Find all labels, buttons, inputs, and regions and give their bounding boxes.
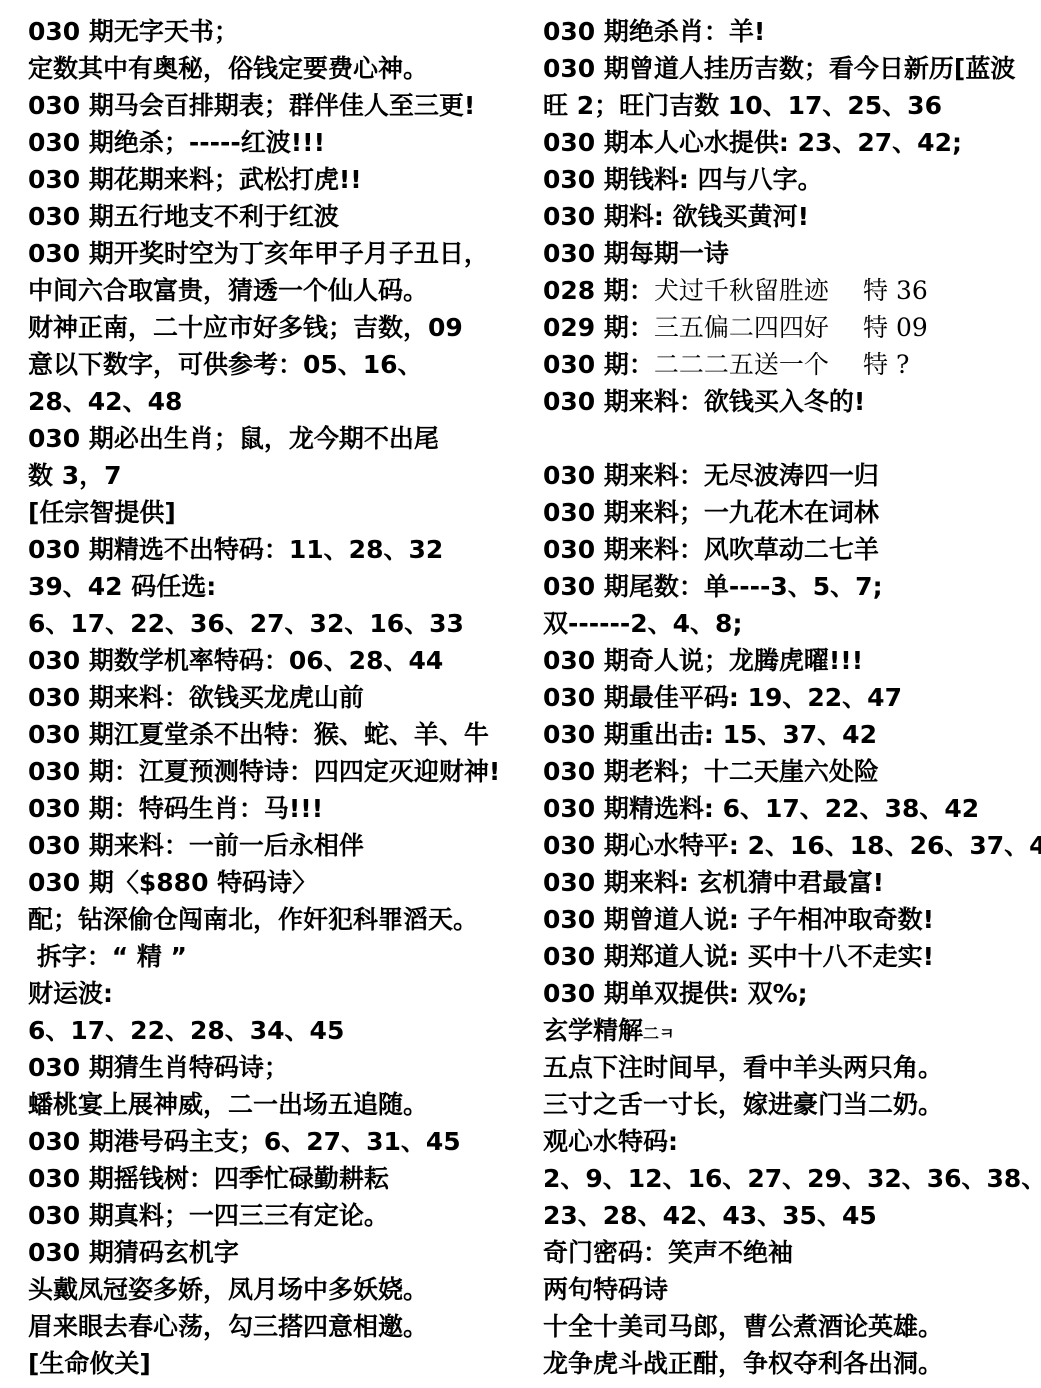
poem-text: 犬过千秋留胜迹 bbox=[654, 276, 829, 305]
text-line: 配；钻深偷仓闯南北，作奸犯科罪滔天。 bbox=[28, 901, 528, 938]
line-text: 三寸之舌一寸长，嫁进豪门当二奶。 bbox=[543, 1090, 943, 1119]
text-line: 029 期：三五偏二四四好特 09 bbox=[543, 309, 1035, 346]
line-text: [任宗智提供] bbox=[28, 498, 176, 527]
text-line: 6、17、22、28、34、45 bbox=[28, 1012, 528, 1049]
line-text: 030 期来料：欲钱买龙虎山前 bbox=[28, 683, 364, 712]
line-text: 030 期奇人说；龙腾虎曜!!! bbox=[543, 646, 863, 675]
line-text: 030 期来料: 玄机猜中君最富! bbox=[543, 868, 884, 897]
text-line: 030 期〈$880 特码诗〉 bbox=[28, 864, 528, 901]
text-line: 030 期来料：欲钱买龙虎山前 bbox=[28, 679, 528, 716]
text-line: 030 期来料；一九花木在词林 bbox=[543, 494, 1035, 531]
text-line: 030 期马会百排期表；群伴佳人至三更! bbox=[28, 87, 528, 124]
poem-text: 二二二五送一个 bbox=[654, 350, 829, 379]
text-line: 数 3，7 bbox=[28, 457, 528, 494]
line-text: 030 期来料：风吹草动二七羊 bbox=[543, 535, 879, 564]
line-text: 030 期曾道人说: 子午相冲取奇数! bbox=[543, 905, 934, 934]
document-page: 030 期无字天书；定数其中有奥秘，俗钱定要费心神。030 期马会百排期表；群伴… bbox=[0, 0, 1041, 1388]
line-text: 030 期单双提供: 双%; bbox=[543, 979, 808, 1008]
line-text: 龙争虎斗战正酣，争权夺利各出洞。 bbox=[543, 1349, 943, 1378]
text-line: 030 期曾道人挂历吉数；看今日新历[蓝波 bbox=[543, 50, 1035, 87]
poem-prefix: 028 期： bbox=[543, 276, 654, 305]
left-column: 030 期无字天书；定数其中有奥秘，俗钱定要费心神。030 期马会百排期表；群伴… bbox=[28, 13, 528, 1382]
line-text: 030 期料: 欲钱买黄河! bbox=[543, 202, 809, 231]
line-text: 030 期最佳平码: 19、22、47 bbox=[543, 683, 902, 712]
line-text: 39、42 码任选: bbox=[28, 572, 216, 601]
text-line: 23、28、42、43、35、45 bbox=[543, 1197, 1035, 1234]
line-text-small: 二ㅋ bbox=[643, 1024, 674, 1043]
line-text: 财运波: bbox=[28, 979, 113, 1008]
text-line: 030 期来料: 玄机猜中君最富! bbox=[543, 864, 1035, 901]
text-line: 030 期：二二二五送一个特 ? bbox=[543, 346, 1035, 383]
line-text: 十全十美司马郎，曹公煮酒论英雄。 bbox=[543, 1312, 943, 1341]
line-text: 奇门密码：笑声不绝袖 bbox=[543, 1238, 793, 1267]
text-line: 030 期老料；十二天崖六处险 bbox=[543, 753, 1035, 790]
te-value: 特 36 bbox=[863, 272, 928, 309]
te-value: 特 ? bbox=[863, 346, 909, 383]
line-text: 030 期猜生肖特码诗； bbox=[28, 1053, 289, 1082]
line-text: 蟠桃宴上展神威，二一出场五追随。 bbox=[28, 1090, 428, 1119]
text-line: 奇门密码：笑声不绝袖 bbox=[543, 1234, 1035, 1271]
line-text: 030 期曾道人挂历吉数；看今日新历[蓝波 bbox=[543, 54, 1015, 83]
line-text: 意以下数字，可供参考：05、16、 bbox=[28, 350, 423, 379]
text-line: [任宗智提供] bbox=[28, 494, 528, 531]
line-text: [生命攸关] bbox=[28, 1349, 151, 1378]
text-line: 030 期猜码玄机字 bbox=[28, 1234, 528, 1271]
text-line: 030 期绝杀肖：羊! bbox=[543, 13, 1035, 50]
line-text: 030 期绝杀；-----红波!!! bbox=[28, 128, 325, 157]
poem-prefix: 030 期： bbox=[543, 350, 654, 379]
text-line: 030 期：特码生肖：马!!! bbox=[28, 790, 528, 827]
line-text: 2、9、12、16、27、29、32、36、38、 bbox=[543, 1164, 1041, 1193]
text-line: 030 期摇钱树：四季忙碌勤耕耘 bbox=[28, 1160, 528, 1197]
text-line: 030 期料: 欲钱买黄河! bbox=[543, 198, 1035, 235]
line-text: 23、28、42、43、35、45 bbox=[543, 1201, 877, 1230]
line-text: 数 3，7 bbox=[28, 461, 122, 490]
text-line: 030 期每期一诗 bbox=[543, 235, 1035, 272]
text-line: 030 期最佳平码: 19、22、47 bbox=[543, 679, 1035, 716]
line-text: 030 期花期来料；武松打虎!! bbox=[28, 165, 362, 194]
line-text: 拆字：“ 精 ” bbox=[28, 942, 187, 971]
line-text: 两句特码诗 bbox=[543, 1275, 668, 1304]
line-text: 030 期开奖时空为丁亥年甲子月子丑日， bbox=[28, 239, 489, 268]
text-line: 财神正南，二十应市好多钱；吉数，09 bbox=[28, 309, 528, 346]
line-text: 030 期绝杀肖：羊! bbox=[543, 17, 765, 46]
line-text: 030 期摇钱树：四季忙碌勤耕耘 bbox=[28, 1164, 389, 1193]
line-text: 030 期：江夏预测特诗：四四定灭迎财神! bbox=[28, 757, 500, 786]
line-text: 五点下注时间早，看中羊头两只角。 bbox=[543, 1053, 943, 1082]
line-text: 030 期猜码玄机字 bbox=[28, 1238, 239, 1267]
text-line: 龙争虎斗战正酣，争权夺利各出洞。 bbox=[543, 1345, 1035, 1382]
text-line: 030 期数学机率特码：06、28、44 bbox=[28, 642, 528, 679]
right-column: 030 期绝杀肖：羊!030 期曾道人挂历吉数；看今日新历[蓝波旺 2；旺门吉数… bbox=[543, 13, 1035, 1382]
line-text: 030 期心水特平: 2、16、18、26、37、45。 bbox=[543, 831, 1041, 860]
text-line: 意以下数字，可供参考：05、16、 bbox=[28, 346, 528, 383]
text-line: 030 期港号码主支；6、27、31、45 bbox=[28, 1123, 528, 1160]
text-line: 030 期真料；一四三三有定论。 bbox=[28, 1197, 528, 1234]
line-text: 配；钻深偷仓闯南北，作奸犯科罪滔天。 bbox=[28, 905, 478, 934]
poem-text: 三五偏二四四好 bbox=[654, 313, 829, 342]
line-text: 玄学精解 bbox=[543, 1016, 643, 1045]
text-line: 030 期钱料: 四与八字。 bbox=[543, 161, 1035, 198]
text-line: 2、9、12、16、27、29、32、36、38、 bbox=[543, 1160, 1035, 1197]
text-line: 030 期精选料: 6、17、22、38、42 bbox=[543, 790, 1035, 827]
text-line: 头戴凤冠姿多娇，凤月场中多妖娆。 bbox=[28, 1271, 528, 1308]
line-text: 030 期〈$880 特码诗〉 bbox=[28, 868, 317, 897]
text-line: 030 期开奖时空为丁亥年甲子月子丑日， bbox=[28, 235, 528, 272]
text-line: 三寸之舌一寸长，嫁进豪门当二奶。 bbox=[543, 1086, 1035, 1123]
text-line: 030 期花期来料；武松打虎!! bbox=[28, 161, 528, 198]
text-line: 030 期来料：欲钱买入冬的! bbox=[543, 383, 1035, 420]
text-line: 十全十美司马郎，曹公煮酒论英雄。 bbox=[543, 1308, 1035, 1345]
line-text: 030 期钱料: 四与八字。 bbox=[543, 165, 823, 194]
line-text: 观心水特码: bbox=[543, 1127, 678, 1156]
text-line: 中间六合取富贵，猜透一个仙人码。 bbox=[28, 272, 528, 309]
text-line: 030 期重出击: 15、37、42 bbox=[543, 716, 1035, 753]
text-line: 五点下注时间早，看中羊头两只角。 bbox=[543, 1049, 1035, 1086]
text-line: 030 期郑道人说: 买中十八不走实! bbox=[543, 938, 1035, 975]
text-line: 030 期本人心水提供: 23、27、42; bbox=[543, 124, 1035, 161]
line-text: 6、17、22、36、27、32、16、33 bbox=[28, 609, 464, 638]
text-line: 财运波: bbox=[28, 975, 528, 1012]
text-line: 030 期曾道人说: 子午相冲取奇数! bbox=[543, 901, 1035, 938]
line-text: 030 期港号码主支；6、27、31、45 bbox=[28, 1127, 461, 1156]
text-line: 030 期五行地支不利于红波 bbox=[28, 198, 528, 235]
text-line: 眉来眼去春心荡，勾三搭四意相邀。 bbox=[28, 1308, 528, 1345]
text-line: 028 期：犬过千秋留胜迹特 36 bbox=[543, 272, 1035, 309]
line-text: 定数其中有奥秘，俗钱定要费心神。 bbox=[28, 54, 428, 83]
text-line: 拆字：“ 精 ” bbox=[28, 938, 528, 975]
line-text: 旺 2；旺门吉数 10、17、25、36 bbox=[543, 91, 942, 120]
line-text: 双------2、4、8; bbox=[543, 609, 742, 638]
line-text: 030 期本人心水提供: 23、27、42; bbox=[543, 128, 962, 157]
text-line: 030 期必出生肖；鼠，龙今期不出尾 bbox=[28, 420, 528, 457]
line-text: 030 期重出击: 15、37、42 bbox=[543, 720, 877, 749]
text-line: 观心水特码: bbox=[543, 1123, 1035, 1160]
line-text: 030 期来料：无尽波涛四一归 bbox=[543, 461, 879, 490]
line-text: 030 期郑道人说: 买中十八不走实! bbox=[543, 942, 934, 971]
line-text: 030 期每期一诗 bbox=[543, 239, 729, 268]
line-text: 030 期：特码生肖：马!!! bbox=[28, 794, 323, 823]
text-line: 030 期绝杀；-----红波!!! bbox=[28, 124, 528, 161]
line-text: 28、42、48 bbox=[28, 387, 182, 416]
poem-prefix: 029 期： bbox=[543, 313, 654, 342]
line-text: 头戴凤冠姿多娇，凤月场中多妖娆。 bbox=[28, 1275, 428, 1304]
line-text: 030 期精选不出特码：11、28、32 bbox=[28, 535, 443, 564]
text-line: 39、42 码任选: bbox=[28, 568, 528, 605]
text-line: 030 期江夏堂杀不出特：猴、蛇、羊、牛 bbox=[28, 716, 528, 753]
line-text: 030 期来料；一九花木在词林 bbox=[543, 498, 879, 527]
line-text: 财神正南，二十应市好多钱；吉数，09 bbox=[28, 313, 463, 342]
te-value: 特 09 bbox=[863, 309, 928, 346]
text-line: 030 期来料：风吹草动二七羊 bbox=[543, 531, 1035, 568]
line-text: 030 期必出生肖；鼠，龙今期不出尾 bbox=[28, 424, 439, 453]
line-text: 030 期精选料: 6、17、22、38、42 bbox=[543, 794, 979, 823]
text-line: 030 期猜生肖特码诗； bbox=[28, 1049, 528, 1086]
line-text: 6、17、22、28、34、45 bbox=[28, 1016, 344, 1045]
line-text: 030 期五行地支不利于红波 bbox=[28, 202, 339, 231]
line-text: 030 期江夏堂杀不出特：猴、蛇、羊、牛 bbox=[28, 720, 489, 749]
text-line: 28、42、48 bbox=[28, 383, 528, 420]
text-line: 双------2、4、8; bbox=[543, 605, 1035, 642]
text-line: 6、17、22、36、27、32、16、33 bbox=[28, 605, 528, 642]
text-line: 蟠桃宴上展神威，二一出场五追随。 bbox=[28, 1086, 528, 1123]
line-text: 030 期老料；十二天崖六处险 bbox=[543, 757, 879, 786]
line-text: 030 期马会百排期表；群伴佳人至三更! bbox=[28, 91, 475, 120]
text-line: 030 期无字天书； bbox=[28, 13, 528, 50]
text-line: 030 期来料：一前一后永相伴 bbox=[28, 827, 528, 864]
text-line: 030 期单双提供: 双%; bbox=[543, 975, 1035, 1012]
line-text: 030 期无字天书； bbox=[28, 17, 239, 46]
line-text: 030 期来料：一前一后永相伴 bbox=[28, 831, 364, 860]
line-text: 030 期数学机率特码：06、28、44 bbox=[28, 646, 443, 675]
line-text: 中间六合取富贵，猜透一个仙人码。 bbox=[28, 276, 428, 305]
text-line: [生命攸关] bbox=[28, 1345, 528, 1382]
line-text: 030 期尾数：单----3、5、7; bbox=[543, 572, 883, 601]
text-line: 030 期心水特平: 2、16、18、26、37、45。 bbox=[543, 827, 1035, 864]
line-text: 030 期来料：欲钱买入冬的! bbox=[543, 387, 865, 416]
line-text: 眉来眼去春心荡，勾三搭四意相邀。 bbox=[28, 1312, 428, 1341]
text-line: 030 期来料：无尽波涛四一归 bbox=[543, 457, 1035, 494]
text-line: 定数其中有奥秘，俗钱定要费心神。 bbox=[28, 50, 528, 87]
text-line: 030 期精选不出特码：11、28、32 bbox=[28, 531, 528, 568]
text-line: 玄学精解二ㅋ bbox=[543, 1012, 1035, 1049]
text-line: 两句特码诗 bbox=[543, 1271, 1035, 1308]
line-text: 030 期真料；一四三三有定论。 bbox=[28, 1201, 389, 1230]
text-line: 030 期奇人说；龙腾虎曜!!! bbox=[543, 642, 1035, 679]
text-line: 030 期尾数：单----3、5、7; bbox=[543, 568, 1035, 605]
text-line: 030 期：江夏预测特诗：四四定灭迎财神! bbox=[28, 753, 528, 790]
text-line: 旺 2；旺门吉数 10、17、25、36 bbox=[543, 87, 1035, 124]
